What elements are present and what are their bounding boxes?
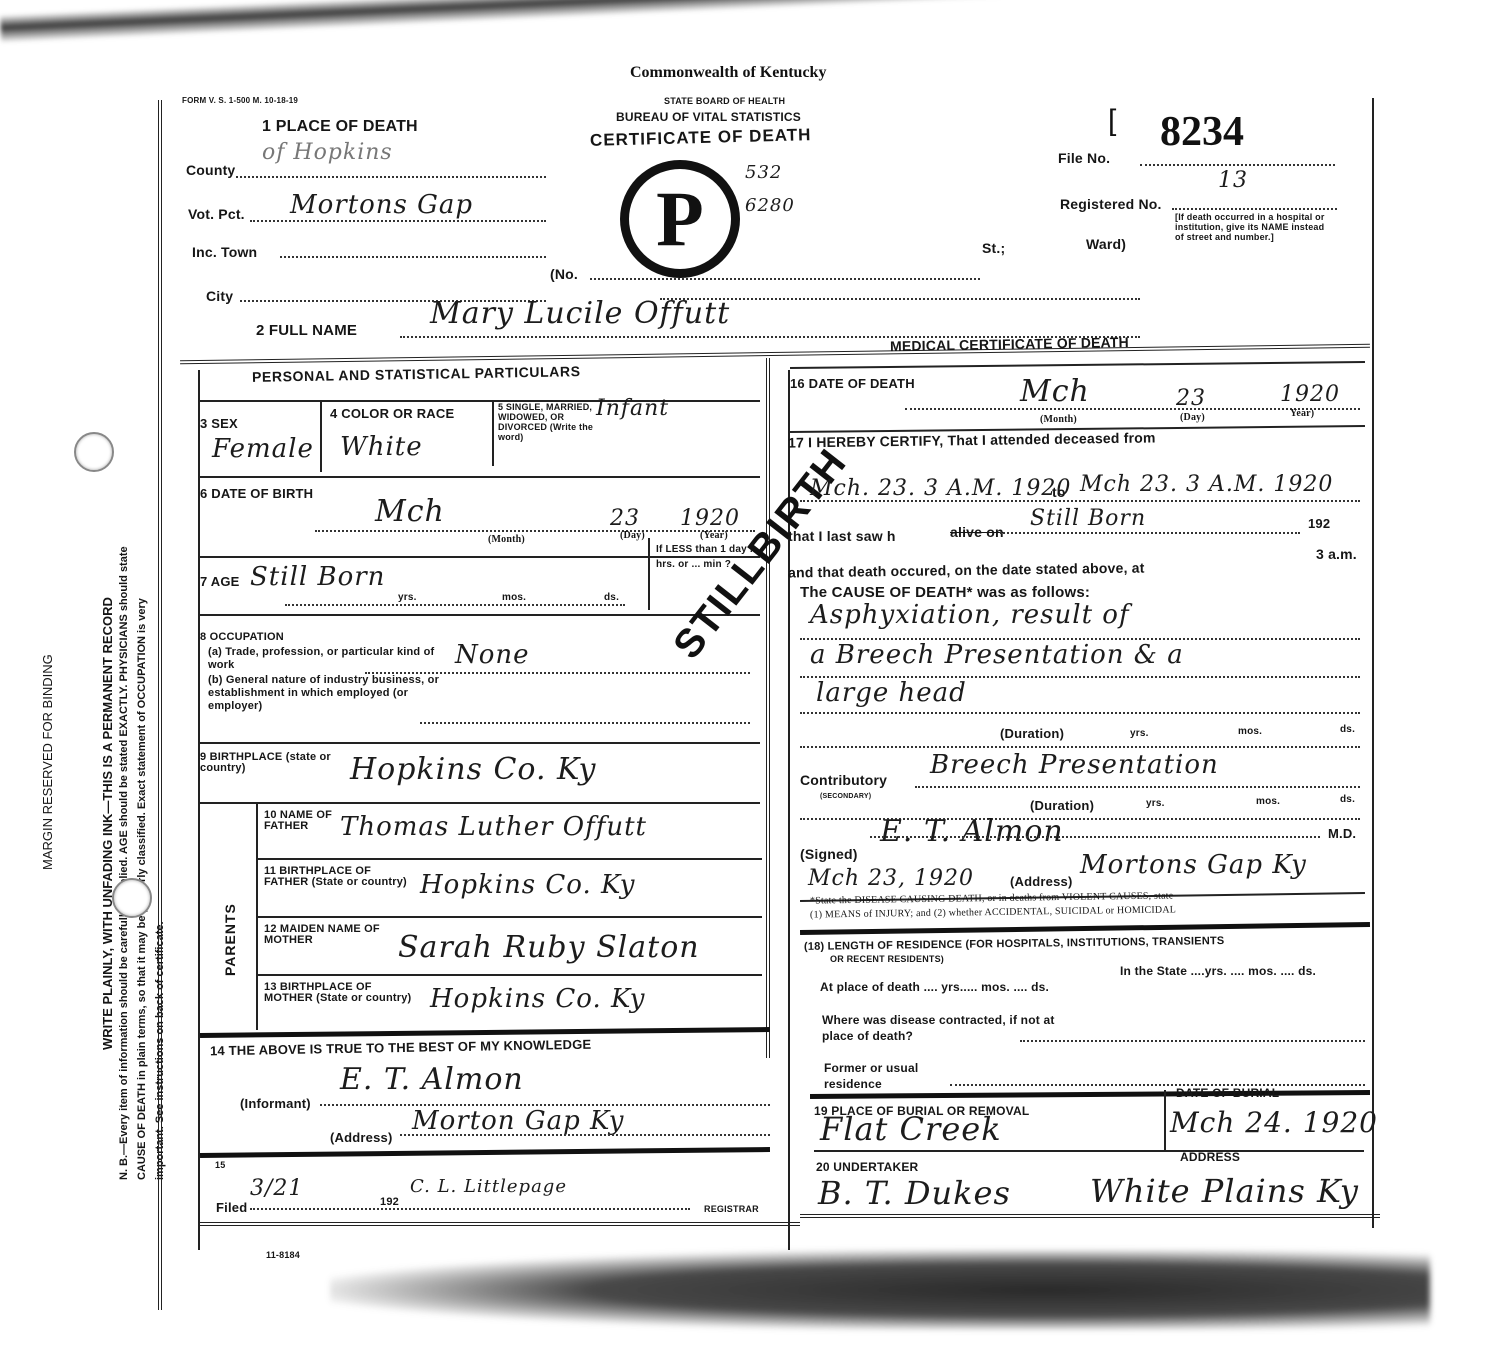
cause-label: The CAUSE OF DEATH* was as follows: — [800, 584, 1090, 601]
attended-from: Mch. 23. 3 A.M. 1920 — [810, 476, 1071, 501]
mother-name-value: Sarah Ruby Slaton — [398, 930, 700, 965]
scan-shadow-top — [0, 0, 1000, 43]
mother-birthplace-value: Hopkins Co. Ky — [430, 984, 645, 1014]
form-border-left — [158, 100, 162, 1310]
vot-pct-line — [250, 220, 546, 222]
divider — [200, 1222, 800, 1226]
parents-label: PARENTS — [222, 903, 238, 976]
divider — [200, 802, 760, 804]
registered-no-label: Registered No. — [1060, 196, 1162, 212]
father-birthplace-label: 11 BIRTHPLACE OF FATHER (State or countr… — [264, 866, 414, 888]
filed-number: 15 — [215, 1160, 225, 1170]
sex-value: Female — [212, 434, 314, 464]
annotation-1: 532 — [745, 162, 782, 183]
informant-value: E. T. Almon — [340, 1062, 524, 1097]
duration-mos-2: mos. — [1256, 796, 1280, 807]
cause-line-1: Asphyxiation, result of — [810, 600, 1130, 630]
residence-subtitle: OR RECENT RESIDENTS) — [830, 954, 944, 964]
undertaker-address-label: ADDRESS — [1180, 1150, 1240, 1164]
registrar-signature: C. L. Littlepage — [410, 1176, 567, 1197]
signed-address-label: (Address) — [1010, 874, 1072, 889]
sex-label: 3 SEX — [200, 416, 238, 431]
place-of-death-heading: 1 PLACE OF DEATH — [262, 118, 418, 136]
city-extra-line — [660, 298, 1140, 300]
county-value: of Hopkins — [262, 140, 393, 165]
signed-label: (Signed) — [800, 846, 858, 862]
dob-year: 1920 — [680, 506, 740, 531]
marital-label: 5 SINGLE, MARRIED, WIDOWED, OR DIVORCED … — [498, 402, 598, 442]
filed-label: Filed — [216, 1200, 247, 1215]
county-label: County — [186, 162, 235, 178]
residence-title: (18) LENGTH OF RESIDENCE (FOR HOSPITALS,… — [804, 935, 1225, 953]
file-number-value: 8234 — [1160, 108, 1244, 156]
personal-section-title: PERSONAL AND STATISTICAL PARTICULARS — [252, 363, 581, 385]
header-bureau: BUREAU OF VITAL STATISTICS — [616, 110, 801, 124]
scan-shadow-bottom — [330, 1250, 1430, 1330]
residence-in-state: In the State ....yrs. .... mos. .... ds. — [1120, 964, 1360, 978]
street-line — [590, 278, 980, 280]
divider — [320, 402, 322, 472]
former-residence-label: Former or usual residence — [824, 1060, 964, 1092]
registered-no-line — [1172, 208, 1337, 210]
filed-year-prefix: 192 — [380, 1196, 399, 1208]
duration-yrs-2: yrs. — [1146, 798, 1165, 809]
file-no-label: File No. — [1058, 150, 1110, 166]
date-of-death-label: 16 DATE OF DEATH — [790, 376, 915, 391]
dod-year-caption: Year) — [1290, 408, 1314, 419]
binding-hole-icon — [74, 432, 114, 472]
signed-address-value: Mortons Gap Ky — [1080, 850, 1307, 880]
secondary-label: (SECONDARY) — [820, 792, 871, 802]
attended-line — [800, 500, 1360, 502]
age-mos: mos. — [502, 592, 526, 603]
bottom-code: 11-8184 — [266, 1250, 300, 1260]
dod-month-caption: (Month) — [1040, 414, 1077, 425]
burial-date-label: DATE OF BURIAL — [1176, 1086, 1279, 1100]
age-line — [285, 604, 625, 606]
divider — [814, 1150, 1364, 1152]
father-name-value: Thomas Luther Offutt — [340, 812, 647, 842]
informant-address-label: (Address) — [330, 1130, 392, 1145]
divider — [258, 916, 762, 918]
last-saw-year: 192 — [1308, 516, 1330, 531]
knowledge-statement: 14 THE ABOVE IS TRUE TO THE BEST OF MY K… — [210, 1037, 592, 1059]
signed-line — [870, 836, 1320, 838]
duration-mos-1: mos. — [1238, 726, 1262, 737]
last-saw-value: Still Born — [1030, 506, 1146, 531]
form-border-right — [1372, 98, 1374, 1228]
occupation-label: 8 OCCUPATION — [200, 632, 284, 643]
dob-month-caption: (Month) — [488, 534, 525, 545]
column-divider — [766, 358, 770, 1058]
vot-pct-value: Mortons Gap — [290, 190, 473, 220]
footnote-2: (1) MEANS of INJURY; and (2) whether ACC… — [810, 905, 1176, 920]
signed-date: Mch 23, 1920 — [808, 866, 974, 891]
signed-value: E. T. Almon — [880, 814, 1064, 849]
document-title: CERTIFICATE OF DEATH — [590, 125, 812, 151]
divider — [492, 402, 494, 466]
dod-day-caption: (Day) — [1180, 412, 1205, 423]
to-label: to — [1052, 484, 1066, 500]
dod-day: 23 — [1176, 386, 1206, 411]
occupation-a-label: (a) Trade, profession, or particular kin… — [208, 646, 448, 672]
dob-day-caption: (Day) — [620, 530, 645, 541]
last-saw-label: that I last saw h — [788, 528, 896, 544]
duration-yrs-1: yrs. — [1130, 728, 1149, 739]
street-no-label: (No. — [550, 266, 578, 282]
vot-pct-label: Vot. Pct. — [188, 206, 245, 222]
registrar-label: REGISTRAR — [704, 1204, 759, 1214]
undertaker-value: B. T. Dukes — [818, 1174, 1011, 1212]
informant-address-line — [400, 1134, 770, 1136]
undertaker-label: 20 UNDERTAKER — [816, 1160, 918, 1174]
contributory-rule — [915, 786, 1360, 788]
full-name-label: 2 FULL NAME — [256, 322, 357, 339]
mother-name-label: 12 MAIDEN NAME OF MOTHER — [264, 924, 404, 946]
marital-value: Infant — [596, 396, 669, 421]
last-saw-line — [1000, 532, 1300, 534]
residence-at-place: At place of death .... yrs..... mos. ...… — [820, 980, 1120, 994]
form-number: FORM V. S. 1-500 M. 10-18-19 — [182, 96, 298, 106]
dod-year: 1920 — [1280, 382, 1340, 407]
dob-label: 6 DATE OF BIRTH — [200, 486, 313, 501]
cause-line-3: large head — [816, 678, 967, 708]
stamp-p-icon: P — [620, 160, 740, 278]
margin-write-plainly: WRITE PLAINLY, WITH UNFADING INK—THIS IS… — [100, 597, 115, 1050]
age-value: Still Born — [250, 562, 385, 592]
divider — [180, 344, 1370, 365]
attended-to: Mch 23. 3 A.M. 1920 — [1080, 472, 1333, 497]
full-name-value: Mary Lucile Offutt — [430, 296, 730, 331]
divider — [200, 614, 760, 616]
divider — [790, 361, 1365, 369]
burial-divider — [1164, 1090, 1166, 1150]
informant-address-value: Morton Gap Ky — [412, 1106, 624, 1136]
st-label: St.; — [982, 240, 1005, 256]
undertaker-address-value: White Plains Ky — [1090, 1172, 1359, 1210]
birthplace-label: 9 BIRTHPLACE (state or country) — [200, 752, 360, 774]
margin-binding-text: MARGIN RESERVED FOR BINDING — [40, 654, 55, 870]
filed-date: 3/21 — [250, 1176, 303, 1201]
header-commonwealth: Commonwealth of Kentucky — [630, 64, 826, 82]
md-label: M.D. — [1328, 826, 1356, 841]
divider — [200, 476, 760, 478]
age-yrs: yrs. — [398, 592, 417, 603]
divider — [800, 922, 1370, 935]
birthplace-value: Hopkins Co. Ky — [350, 752, 596, 787]
registered-no-value: 13 — [1218, 168, 1248, 193]
cause-line-2: a Breech Presentation & a — [810, 640, 1184, 670]
contributory-label: Contributory — [800, 772, 887, 788]
divider — [800, 1214, 1380, 1218]
death-time: 3 a.m. — [1316, 546, 1357, 562]
father-birthplace-value: Hopkins Co. Ky — [420, 870, 635, 900]
death-occurred-text: and that death occured, on the date stat… — [788, 560, 1145, 581]
age-label: 7 AGE — [200, 574, 240, 589]
cause-line-3-rule — [800, 712, 1360, 714]
occupation-b-label: (b) General nature of industry business,… — [208, 674, 458, 713]
divider — [258, 974, 762, 976]
inner-border-left — [198, 370, 200, 1250]
binding-hole-icon — [112, 878, 152, 918]
ward-label: Ward) — [1086, 236, 1126, 252]
race-label: 4 COLOR OR RACE — [330, 406, 454, 421]
burial-date-value: Mch 24. 1920 — [1170, 1106, 1378, 1139]
county-line — [236, 176, 546, 178]
occupation-a-value: None — [455, 640, 530, 670]
inc-town-line — [280, 256, 546, 258]
divider — [200, 742, 760, 744]
contributory-value: Breech Presentation — [930, 750, 1219, 780]
file-no-line — [1140, 164, 1335, 166]
bracket-mark: [ — [1108, 104, 1116, 138]
occupation-b-line — [420, 722, 750, 724]
duration-ds-1: ds. — [1340, 724, 1355, 735]
institution-note: [If death occurred in a hospital or inst… — [1175, 212, 1335, 242]
dod-month: Mch — [1020, 374, 1090, 409]
duration-label-2: (Duration) — [1030, 798, 1094, 813]
header-board: STATE BOARD OF HEALTH — [664, 96, 785, 106]
mother-birthplace-label: 13 BIRTHPLACE OF MOTHER (State or countr… — [264, 982, 414, 1004]
filed-line — [250, 1208, 690, 1210]
dob-year-caption: (Year) — [700, 530, 728, 541]
age-ds: ds. — [604, 592, 619, 603]
margin-instructions-1: N. B.—Every item of information should b… — [118, 546, 130, 1180]
duration-label-1: (Duration) — [1000, 726, 1064, 741]
duration-rule-1 — [800, 746, 1360, 748]
race-value: White — [340, 432, 423, 462]
dob-month: Mch — [375, 494, 445, 529]
city-label: City — [206, 288, 233, 304]
divider — [258, 858, 762, 860]
divider — [200, 1027, 770, 1038]
duration-ds-2: ds. — [1340, 794, 1355, 805]
annotation-2: 6280 — [745, 195, 795, 216]
inc-town-label: Inc. Town — [192, 244, 257, 260]
dob-day: 23 — [610, 506, 640, 531]
informant-label: (Informant) — [240, 1096, 311, 1111]
divider — [648, 538, 650, 610]
former-residence-line — [950, 1084, 1365, 1086]
certify-intro: 17 I HEREBY CERTIFY, That I attended dec… — [788, 429, 1156, 450]
divider — [200, 400, 760, 402]
divider — [200, 1147, 770, 1158]
last-saw-suffix: alive on — [950, 524, 1004, 540]
burial-place-value: Flat Creek — [820, 1110, 1002, 1148]
where-contracted-line — [1020, 1040, 1365, 1042]
